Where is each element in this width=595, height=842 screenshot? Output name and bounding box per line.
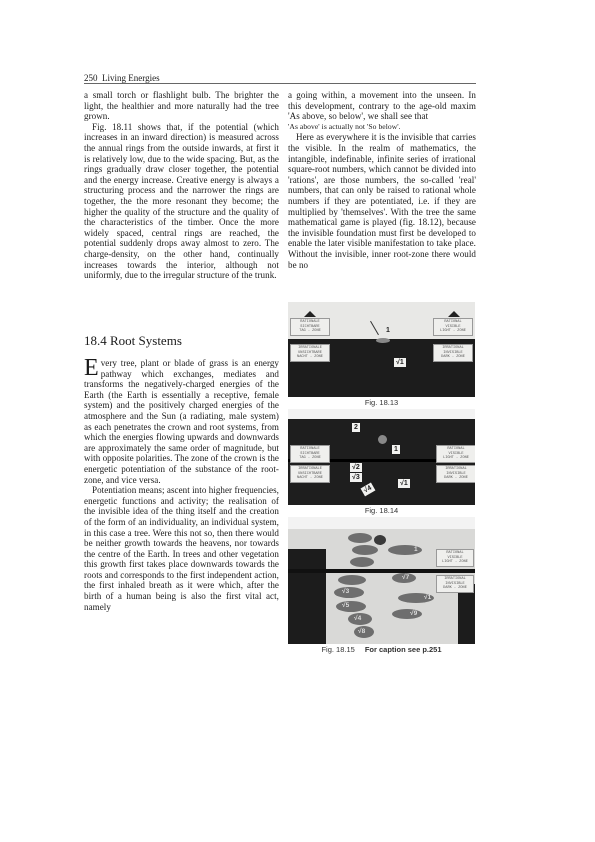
petal-label: √3 [342,588,349,595]
figure-18-14-image: RATIONALE SICHTBARE TAG - ZONE IRRATIONA… [288,419,475,505]
root-tag: √2 [350,463,362,472]
zone-label: IRRATIONAL INVISIBLE DARK - ZONE [436,465,475,483]
figure-caption: Fig. 18.13 [288,397,475,409]
figure-caption: Fig. 18.14 [288,505,475,517]
paragraph: Every tree, plant or blade of grass is a… [84,358,279,485]
zone-label: RATIONAL VISIBLE LIGHT - ZONE [433,318,473,336]
petal-label: 1 [414,546,418,553]
petal-label: √7 [402,574,409,581]
right-column-top: a going within, a movement into the unse… [288,90,476,270]
paragraph: 'As above' is actually not 'So below'. [288,122,476,133]
figure-number: Fig. 18.15 [321,645,354,654]
paragraph: Fig. 18.11 shows that, if the potential … [84,122,279,281]
petal-label: √5 [342,602,349,609]
figure-18-15-image: RATIONAL VISIBLE LIGHT - ZONE IRRATIONAL… [288,529,475,644]
root-tag: √1 [394,358,406,367]
paragraph: a small torch or flashlight bulb. The br… [84,90,279,122]
petal [336,601,366,612]
petal [348,533,372,543]
running-title: Living Energies [102,73,160,83]
zone-label: RATIONALE SICHTBARE TAG - ZONE [290,318,330,336]
left-column-top: a small torch or flashlight bulb. The br… [84,90,279,281]
zone-label: IRRATIONALE UNSICHTBARE NACHT - ZONE [290,344,330,362]
zone-label: IRRATIONALE UNSICHTBARE NACHT - ZONE [290,465,330,483]
left-dark-column [288,549,326,644]
left-column-bottom: Every tree, plant or blade of grass is a… [84,358,279,612]
zone-label: IRRATIONAL INVISIBLE DARK - ZONE [433,344,473,362]
number-tag: 2 [352,423,360,432]
caption-note: For caption see p.251 [365,645,442,654]
petal [338,575,366,585]
right-dark-column [458,584,475,644]
zone-label: RATIONAL VISIBLE LIGHT - ZONE [436,445,475,463]
root-tag: √3 [350,473,362,482]
root-tag: √1 [398,479,410,488]
triangle-marker-icon [448,311,460,317]
page-number: 250 [84,73,98,83]
figure-caption: Fig. 18.15For caption see p.251 [288,644,475,656]
drop-cap: E [84,359,99,378]
zone-label: IRRATIONAL INVISIBLE DARK - ZONE [436,575,474,593]
figure-stack: RATIONALE SICHTBARE TAG - ZONE IRRATIONA… [288,302,475,656]
section-heading: 18.4 Root Systems [84,333,182,348]
figure-18-13-image: RATIONALE SICHTBARE TAG - ZONE IRRATIONA… [288,302,475,397]
paragraph: a going within, a movement into the unse… [288,90,476,122]
petal-label: √1 [424,594,431,601]
petal [392,609,422,619]
root-tag: √4 [361,483,376,497]
flower-icon [378,435,387,444]
seed-icon [376,338,390,343]
seedling-icon [370,321,379,335]
petal [352,545,378,555]
petal-label: √9 [410,610,417,617]
paragraph: Here as everywhere it is the invisible t… [288,132,476,270]
running-header: 250 Living Energies [84,73,476,83]
zone-label: RATIONAL VISIBLE LIGHT - ZONE [436,549,474,567]
paragraph-text: very tree, plant or blade of grass is an… [84,358,279,485]
petal [350,557,374,567]
number-tag: 1 [392,445,400,454]
number-tag: 1 [384,326,392,335]
ground-line [288,569,475,573]
petal-label: √4 [354,615,361,622]
flower-icon [374,535,386,545]
zone-label: RATIONALE SICHTBARE TAG - ZONE [290,445,330,463]
petal-label: √8 [358,628,365,635]
triangle-marker-icon [304,311,316,317]
header-rule [84,83,476,84]
paragraph: Potentiation means; ascent into higher f… [84,485,279,612]
